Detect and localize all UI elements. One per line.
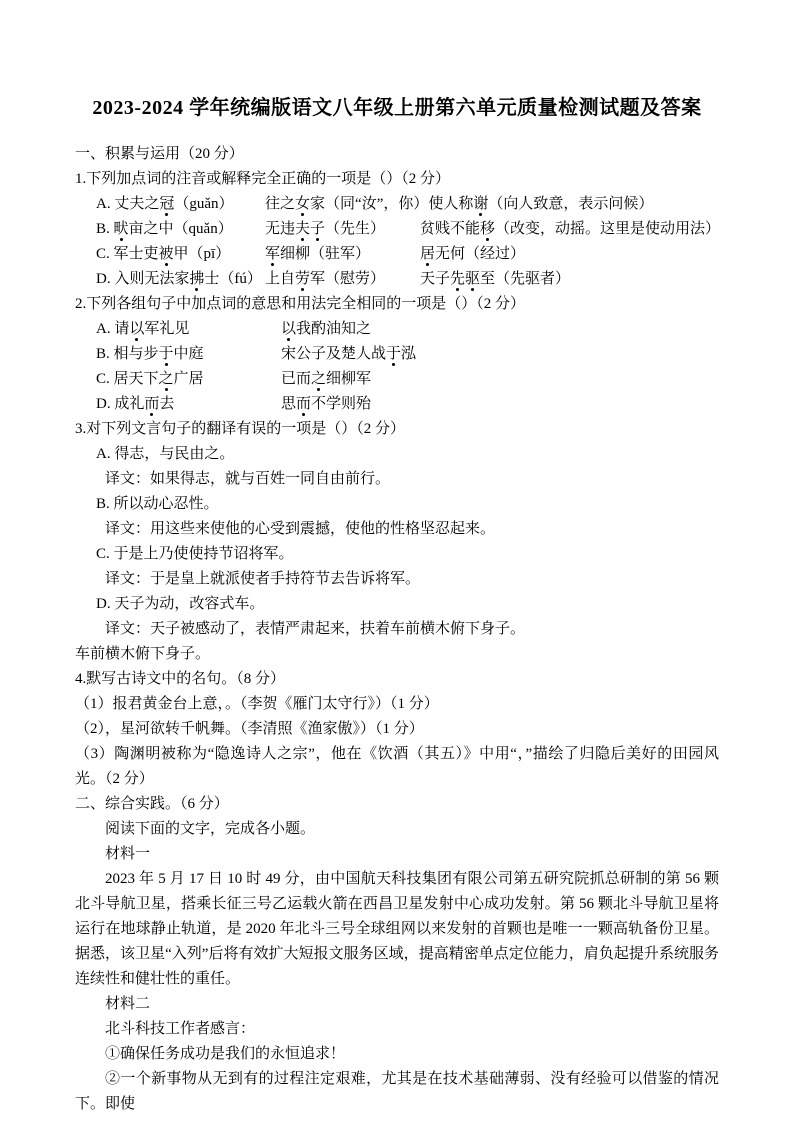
q1-b-term-2: 无违夫子（先生） [265,217,420,242]
q1-option-a-row: A. 丈夫之冠（guǎn） 往之女家（同“汝”，你） 使人称谢（向人致意，表示问… [75,192,719,217]
q1-a-term-3: 使人称谢（向人致意，表示问候） [428,192,653,217]
material1-paragraph: 2023 年 5 月 17 日 10 时 49 分，由中国航天科技集团有限公司第… [75,867,719,992]
q1-d-term-1: D. 入则无法家拂士（fú） [96,267,265,292]
q1-c-term-2: 军细柳（驻军） [265,242,420,267]
q2-a-sentence-2: 以我酌油知之 [281,317,371,342]
q3-option-c: C. 于是上乃使使持节诏将军。 [75,542,719,567]
material1-label: 材料一 [75,842,719,867]
q2-b-sentence-2: 宋公子及楚人战于泓 [281,342,416,367]
q1-option-b-row: B. 畎亩之中（quǎn） 无违夫子（先生） 贫贱不能移（改变，动摇。这里是使动… [75,217,719,242]
q4-item-1: （1）报君黄金台上意，。（李贺《雁门太守行》）（1 分） [75,692,719,717]
question-2-stem: 2.下列各组句子中加点词的意思和用法完全相同的一项是（）（2 分） [75,292,719,317]
q3-option-a: A. 得志，与民由之。 [75,442,719,467]
q2-c-sentence-1: C. 居天下之广居 [96,367,281,392]
q3-option-b-translation: 译文：用这些来使他的心受到震撼，使他的性格坚忍起来。 [75,517,719,542]
material2-label: 材料二 [75,992,719,1017]
material2-intro: 北斗科技工作者感言： [75,1017,719,1042]
q1-option-c-row: C. 军士吏被甲（pī） 军细柳（驻军） 居无何（经过） [75,242,719,267]
document-title: 2023-2024 学年统编版语文八年级上册第六单元质量检测试题及答案 [75,94,719,122]
q2-option-d-row: D. 成礼而去 思而不学则殆 [75,392,719,417]
exam-paper-page: 2023-2024 学年统编版语文八年级上册第六单元质量检测试题及答案 一、积累… [0,0,793,1117]
q3-option-c-translation: 译文：于是皇上就派使者手持符节去告诉将军。 [75,567,719,592]
q2-d-sentence-1: D. 成礼而去 [96,392,281,417]
section2-intro: 阅读下面的文字，完成各小题。 [75,817,719,842]
q1-d-term-2: 上自劳军（慰劳） [265,267,420,292]
q2-option-a-row: A. 请以军礼见 以我酌油知之 [75,317,719,342]
q1-c-term-1: C. 军士吏被甲（pī） [96,242,265,267]
q2-a-sentence-1: A. 请以军礼见 [96,317,281,342]
q3-option-d: D. 天子为动，改容式车。 [75,592,719,617]
q2-c-sentence-2: 已而之细柳军 [281,367,371,392]
question-3-stem: 3.对下列文言句子的翻译有误的一项是（）（2 分） [75,417,719,442]
q2-option-c-row: C. 居天下之广居 已而之细柳军 [75,367,719,392]
q1-option-d-row: D. 入则无法家拂士（fú） 上自劳军（慰劳） 天子先驱至（先驱者） [75,267,719,292]
q1-b-term-3: 贫贱不能移（改变，动摇。这里是使动用法） [420,217,720,242]
q3-option-d-translation: 译文：天子被感动了，表情严肃起来，扶着车前横木俯下身子。 [75,617,719,642]
q2-b-sentence-1: B. 相与步于中庭 [96,342,281,367]
q3-stray-overflow-line: 车前横木俯下身子。 [75,642,719,667]
q1-a-term-2: 往之女家（同“汝”，你） [265,192,428,217]
q1-c-term-3: 居无何（经过） [420,242,525,267]
question-1-stem: 1.下列加点词的注音或解释完全正确的一项是（）（2 分） [75,167,719,192]
material2-quote-2: ②一个新事物从无到有的过程注定艰难，尤其是在技术基础薄弱、没有经验可以借鉴的情况… [75,1067,719,1117]
q2-option-b-row: B. 相与步于中庭 宋公子及楚人战于泓 [75,342,719,367]
q3-option-a-translation: 译文：如果得志，就与百姓一同自由前行。 [75,467,719,492]
q1-d-term-3: 天子先驱至（先驱者） [420,267,570,292]
q4-item-3: （3）陶渊明被称为“隐逸诗人之宗”，他在《饮酒（其五）》中用“，”描绘了归隐后美… [75,742,719,792]
section2-heading: 二、综合实践。（6 分） [75,792,719,817]
question-4-stem: 4.默写古诗文中的名句。（8 分） [75,667,719,692]
q1-a-term-1: A. 丈夫之冠（guǎn） [96,192,265,217]
q3-option-b: B. 所以动心忍性。 [75,492,719,517]
q4-item-2: （2），星河欲转千帆舞。（李清照《渔家傲》）（1 分） [75,717,719,742]
q1-b-term-1: B. 畎亩之中（quǎn） [96,217,265,242]
q2-d-sentence-2: 思而不学则殆 [281,392,371,417]
material2-quote-1: ①确保任务成功是我们的永恒追求！ [75,1042,719,1067]
section1-heading: 一、积累与运用（20 分） [75,142,719,167]
